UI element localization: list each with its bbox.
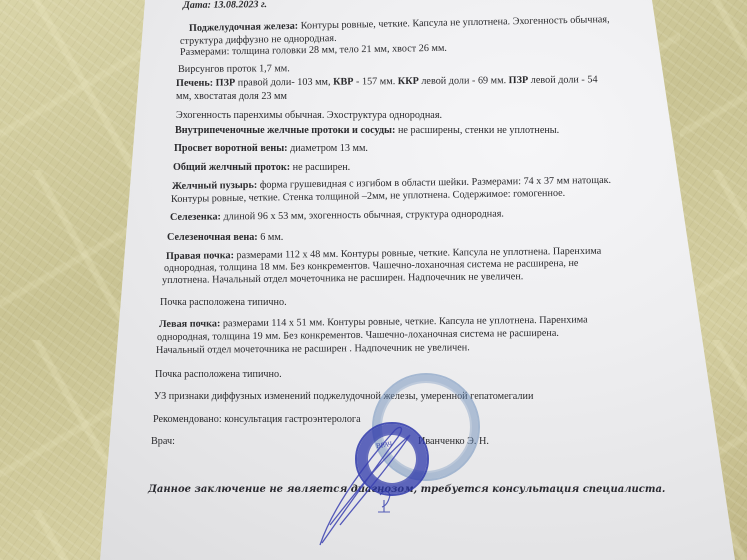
gallbladder-label: Желчный пузырь:: [172, 180, 257, 192]
common-bile-duct-text: не расширен.: [293, 162, 351, 173]
liver-label: Печень:: [176, 78, 213, 89]
intrahepatic-text: не расширены, стенки не уплотнены.: [398, 125, 559, 136]
right-kidney-text-3: уплотнена. Начальный отдел мочеточника н…: [162, 271, 523, 287]
liver-text-c: левой доли - 69 мм.: [421, 75, 506, 87]
pancreas-text-1: Контуры ровные, четкие. Капсула не уплот…: [301, 14, 610, 31]
liver-kvr-label: КВР: [333, 76, 354, 87]
spleen-text: длиной 96 х 53 мм, эхогенность обычная, …: [223, 209, 504, 223]
left-kidney-label: Левая почка:: [159, 318, 220, 330]
portal-vein-text: диаметром 13 мм.: [290, 143, 368, 154]
liver-text-a: правой доли- 103 мм,: [238, 77, 331, 89]
liver-line-1: Печень: ПЗР правой доли- 103 мм, КВР - 1…: [176, 74, 598, 90]
wirsung-duct: Вирсунгов проток 1,7 мм.: [178, 63, 290, 76]
common-bile-duct-line: Общий желчный проток: не расширен.: [173, 162, 350, 174]
liver-ppr-label: ПЗР: [216, 77, 236, 88]
echogenicity-text: Эхогенность паренхимы обычная. Эхострукт…: [176, 110, 442, 122]
splenic-vein-text: 6 мм.: [260, 232, 283, 243]
liver-text-d: левой доли - 54: [531, 74, 598, 86]
splenic-vein-line: Селезеночная вена: 6 мм.: [167, 232, 283, 244]
liver-pzr-left-label: ПЗР: [509, 75, 529, 86]
spleen-label: Селезенка:: [170, 211, 221, 223]
liver-text-b: - 157 мм.: [353, 76, 395, 87]
conclusion-text: УЗ признаки диффузных изменений поджелуд…: [154, 391, 533, 403]
portal-vein-line: Просвет воротной вены: диаметром 13 мм.: [174, 143, 368, 155]
signature-icon: [300, 405, 430, 555]
left-kidney-text-3: Начальный отдел мочеточника не расширен …: [156, 342, 470, 357]
right-kidney-label: Правая почка:: [166, 250, 234, 262]
pancreas-label: Поджелудочная железа:: [189, 21, 298, 34]
intrahepatic-line: Внутрипеченочные желчные протоки и сосуд…: [175, 125, 559, 137]
common-bile-duct-label: Общий желчный проток:: [173, 162, 290, 173]
right-kidney-position: Почка расположена типично.: [160, 297, 287, 309]
pancreas-line-1: Поджелудочная железа: Контуры ровные, че…: [189, 14, 610, 35]
portal-vein-label: Просвет воротной вены:: [174, 143, 288, 154]
liver-text-2: мм, хвостатая доля 23 мм: [176, 91, 287, 103]
intrahepatic-label: Внутрипеченочные желчные протоки и сосуд…: [175, 125, 395, 136]
liver-kkr-label: ККР: [398, 76, 419, 87]
spleen-line: Селезенка: длиной 96 х 53 мм, эхогенност…: [170, 209, 504, 224]
splenic-vein-label: Селезеночная вена:: [167, 232, 258, 243]
left-kidney-position: Почка расположена типично.: [155, 369, 282, 381]
doctor-label: Врач:: [151, 436, 175, 448]
report-date: Дата: 13.08.2023 г.: [183, 0, 267, 12]
